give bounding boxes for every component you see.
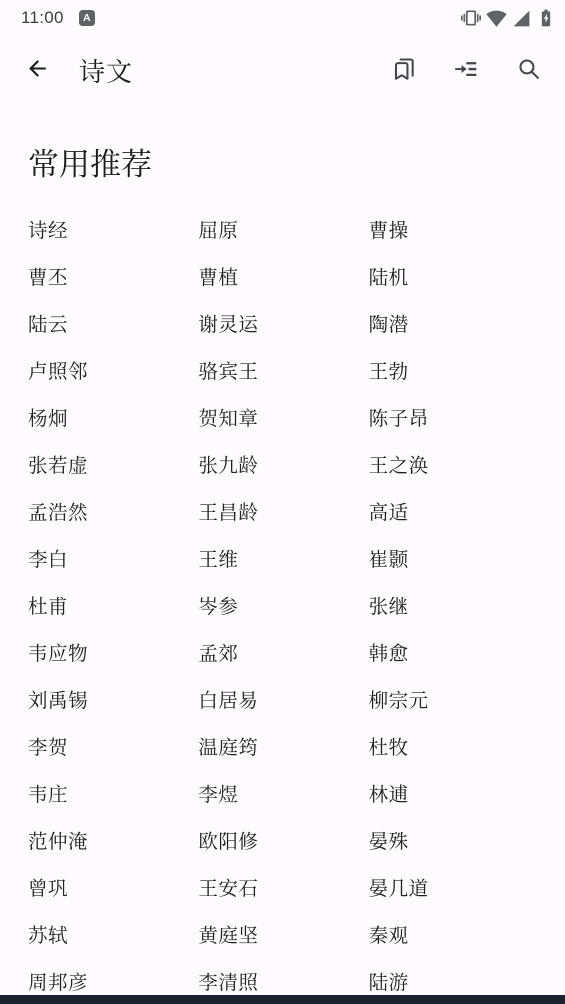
poet-item[interactable]: 陶潜 bbox=[369, 309, 539, 337]
search-icon bbox=[516, 56, 541, 84]
poet-item[interactable]: 陆机 bbox=[369, 262, 539, 290]
back-icon bbox=[25, 56, 50, 84]
poet-item[interactable]: 温庭筠 bbox=[198, 732, 368, 760]
page-title: 诗文 bbox=[79, 52, 133, 89]
poet-item[interactable]: 诗经 bbox=[28, 215, 198, 243]
poet-item[interactable]: 岑参 bbox=[198, 591, 368, 619]
bookmarks-button[interactable] bbox=[391, 57, 417, 83]
poet-item[interactable]: 林逋 bbox=[369, 779, 539, 807]
poet-item[interactable]: 张继 bbox=[369, 591, 539, 619]
poet-item[interactable]: 陆云 bbox=[28, 309, 198, 337]
poet-item[interactable]: 曹操 bbox=[369, 215, 539, 243]
poet-item[interactable]: 李贺 bbox=[28, 732, 198, 760]
app-bar-actions bbox=[391, 57, 541, 83]
bookmarks-icon bbox=[391, 56, 417, 85]
poet-item[interactable]: 王安石 bbox=[198, 873, 368, 901]
content: 常用推荐 诗经屈原曹操曹丕曹植陆机陆云谢灵运陶潜卢照邻骆宾王王勃杨炯贺知章陈子昂… bbox=[0, 146, 565, 1004]
wifi-icon bbox=[486, 8, 507, 29]
poet-item[interactable]: 崔颢 bbox=[369, 544, 539, 572]
poet-item[interactable]: 孟浩然 bbox=[28, 497, 198, 525]
poet-item[interactable]: 晏几道 bbox=[369, 873, 539, 901]
poet-item[interactable]: 张九龄 bbox=[198, 450, 368, 478]
poet-item[interactable]: 刘禹锡 bbox=[28, 685, 198, 713]
poet-item[interactable]: 韩愈 bbox=[369, 638, 539, 666]
search-button[interactable] bbox=[515, 57, 541, 83]
poet-item[interactable]: 白居易 bbox=[198, 685, 368, 713]
poet-item[interactable]: 韦庄 bbox=[28, 779, 198, 807]
poet-item[interactable]: 晏殊 bbox=[369, 826, 539, 854]
cellular-signal-icon bbox=[512, 9, 531, 28]
poet-item[interactable]: 高适 bbox=[369, 497, 539, 525]
poet-item[interactable]: 曹丕 bbox=[28, 262, 198, 290]
battery-charging-icon bbox=[536, 8, 556, 28]
poet-item[interactable]: 柳宗元 bbox=[369, 685, 539, 713]
poet-item[interactable]: 陆游 bbox=[369, 967, 539, 995]
jump-to-icon bbox=[453, 56, 479, 85]
poet-item[interactable]: 王勃 bbox=[369, 356, 539, 384]
vibrate-icon bbox=[461, 8, 481, 28]
poet-item[interactable]: 王之涣 bbox=[369, 450, 539, 478]
poet-item[interactable]: 骆宾王 bbox=[198, 356, 368, 384]
poet-item[interactable]: 韦应物 bbox=[28, 638, 198, 666]
poet-item[interactable]: 谢灵运 bbox=[198, 309, 368, 337]
poet-item[interactable]: 周邦彦 bbox=[28, 967, 198, 995]
poet-item[interactable]: 杨炯 bbox=[28, 403, 198, 431]
back-button[interactable] bbox=[24, 57, 50, 83]
poet-item[interactable]: 贺知章 bbox=[198, 403, 368, 431]
poet-item[interactable]: 曾巩 bbox=[28, 873, 198, 901]
status-bar: 11:00 A bbox=[0, 0, 565, 36]
poet-item[interactable]: 曹植 bbox=[198, 262, 368, 290]
poet-item[interactable]: 卢照邻 bbox=[28, 356, 198, 384]
poet-item[interactable]: 李白 bbox=[28, 544, 198, 572]
screen: 11:00 A bbox=[0, 0, 565, 1004]
poet-item[interactable]: 范仲淹 bbox=[28, 826, 198, 854]
poet-item[interactable]: 杜甫 bbox=[28, 591, 198, 619]
poet-item[interactable]: 王昌龄 bbox=[198, 497, 368, 525]
poet-item[interactable]: 黄庭坚 bbox=[198, 920, 368, 948]
poet-item[interactable]: 陈子昂 bbox=[369, 403, 539, 431]
poet-item[interactable]: 李煜 bbox=[198, 779, 368, 807]
poet-item[interactable]: 秦观 bbox=[369, 920, 539, 948]
status-time: 11:00 bbox=[21, 8, 64, 28]
poet-item[interactable]: 杜牧 bbox=[369, 732, 539, 760]
poet-item[interactable]: 欧阳修 bbox=[198, 826, 368, 854]
poet-item[interactable]: 孟郊 bbox=[198, 638, 368, 666]
app-bar: 诗文 bbox=[0, 36, 565, 104]
poet-item[interactable]: 张若虚 bbox=[28, 450, 198, 478]
poet-item[interactable]: 王维 bbox=[198, 544, 368, 572]
gesture-nav-bar[interactable] bbox=[0, 995, 565, 1004]
poet-item[interactable]: 屈原 bbox=[198, 215, 368, 243]
status-icons bbox=[461, 8, 556, 29]
poet-item[interactable]: 李清照 bbox=[198, 967, 368, 995]
section-heading: 常用推荐 bbox=[28, 146, 565, 184]
jump-to-button[interactable] bbox=[453, 57, 479, 83]
poet-item[interactable]: 苏轼 bbox=[28, 920, 198, 948]
notification-app-letter: A bbox=[83, 12, 91, 24]
poets-grid: 诗经屈原曹操曹丕曹植陆机陆云谢灵运陶潜卢照邻骆宾王王勃杨炯贺知章陈子昂张若虚张九… bbox=[0, 205, 565, 1004]
notification-app-icon: A bbox=[79, 10, 95, 26]
